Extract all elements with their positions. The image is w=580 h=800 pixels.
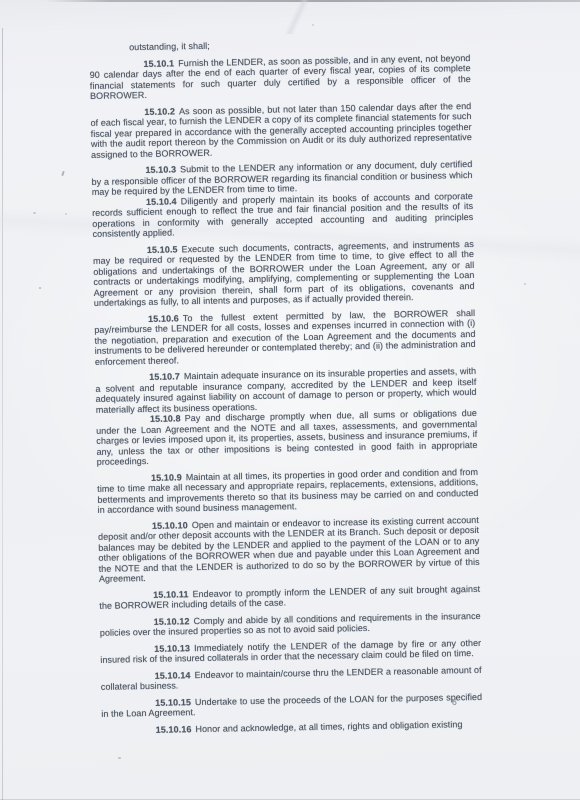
page-number: 6	[452, 697, 457, 707]
paper-speckle	[312, 24, 314, 26]
contract-clause: 15.10.11Endeavor to promptly inform the …	[99, 583, 480, 611]
clause-number: 15.10.14	[155, 670, 191, 681]
contract-clause: 15.10.7Maintain adequate insurance on it…	[95, 366, 477, 415]
contract-clause: 15.10.10Open and maintain or endeavor to…	[98, 514, 480, 584]
paper-speckle	[61, 171, 65, 176]
contract-clause: 15.10.15Undertake to use the proceeds of…	[101, 691, 482, 719]
clause-number: 15.10.15	[155, 697, 191, 708]
clause-number: 15.10.10	[152, 520, 188, 531]
clause-number: 15.10.3	[145, 164, 176, 175]
document-text-block: outstanding, it shall; 15.10.1Furnish th…	[89, 36, 483, 736]
contract-clause: 15.10.6To the fullest extent permitted b…	[94, 307, 476, 366]
contract-clause: 15.10.9Maintain at all times, its proper…	[97, 466, 479, 515]
clause-number: 15.10.1	[143, 58, 174, 69]
clause-number: 15.10.11	[153, 589, 189, 600]
clause-text: Honor and acknowledge, at all times, rig…	[195, 719, 462, 734]
paper-speckle	[118, 757, 121, 759]
contract-clause: 15.10.16Honor and acknowledge, at all ti…	[102, 718, 483, 735]
clause-number: 15.10.13	[154, 643, 190, 654]
scan-left-edge-line	[2, 28, 3, 800]
contract-clause: 15.10.1Furnish the LENDER, as soon as po…	[89, 52, 471, 101]
contract-clause: 15.10.12Comply and abide by all conditio…	[100, 610, 481, 638]
paper-speckle	[33, 212, 36, 214]
intro-continuation-line: outstanding, it shall;	[89, 36, 470, 53]
clause-number: 15.10.8	[150, 413, 181, 424]
contract-clause: 15.10.5Execute such documents, contracts…	[93, 238, 475, 308]
paper-speckle	[39, 287, 41, 289]
paper-speckle	[65, 213, 67, 215]
clause-number: 15.10.6	[148, 313, 179, 324]
clause-number: 15.10.7	[149, 371, 180, 382]
contract-clause: 15.10.13Immediately notify the LENDER of…	[100, 637, 481, 665]
clause-number: 15.10.12	[154, 616, 190, 627]
contract-clause: 15.10.14Endeavor to maintain/course thru…	[101, 664, 482, 692]
clause-list: 15.10.1Furnish the LENDER, as soon as po…	[89, 52, 482, 735]
paper-speckle	[524, 283, 526, 285]
clause-number: 15.10.2	[144, 106, 175, 117]
contract-clause: 15.10.8Pay and discharge promptly when d…	[96, 408, 478, 467]
contract-clause: 15.10.4Diligently and properly maintain …	[92, 190, 474, 239]
clause-number: 15.10.9	[151, 472, 182, 483]
clause-number: 15.10.4	[146, 196, 177, 207]
clause-number: 15.10.5	[147, 244, 178, 255]
contract-clause: 15.10.2As soon as possible, but not late…	[90, 100, 472, 159]
clause-number: 15.10.16	[156, 724, 192, 735]
scanned-document-page: outstanding, it shall; 15.10.1Furnish th…	[0, 0, 580, 800]
paper-crease-top	[262, 0, 332, 34]
